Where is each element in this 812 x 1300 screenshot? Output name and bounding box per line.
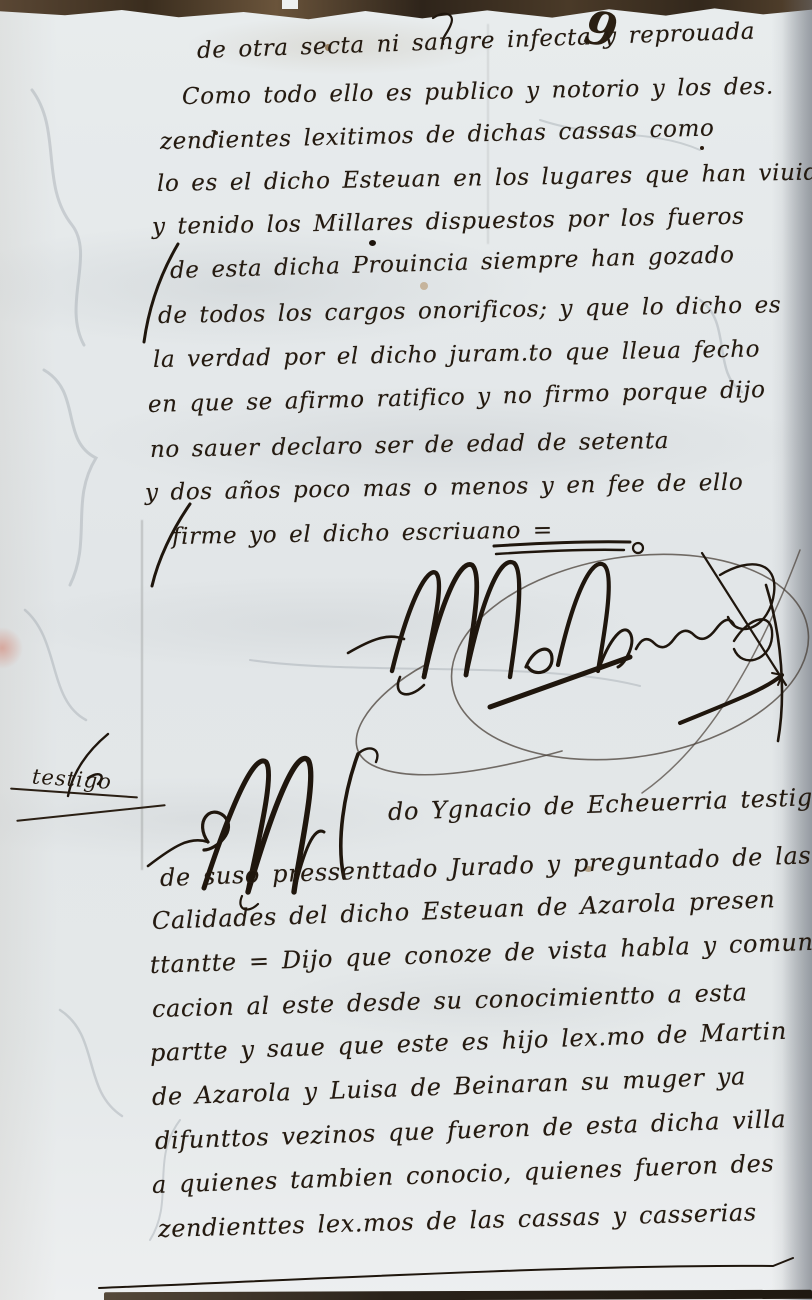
marginal-flourish — [48, 730, 118, 800]
manuscript-page: 9 de otra secta ni sangre infecta y repr… — [0, 0, 812, 1300]
pen-flourish — [146, 500, 206, 590]
pen-flourish — [138, 238, 188, 348]
closing-rule-stroke — [95, 1256, 800, 1292]
